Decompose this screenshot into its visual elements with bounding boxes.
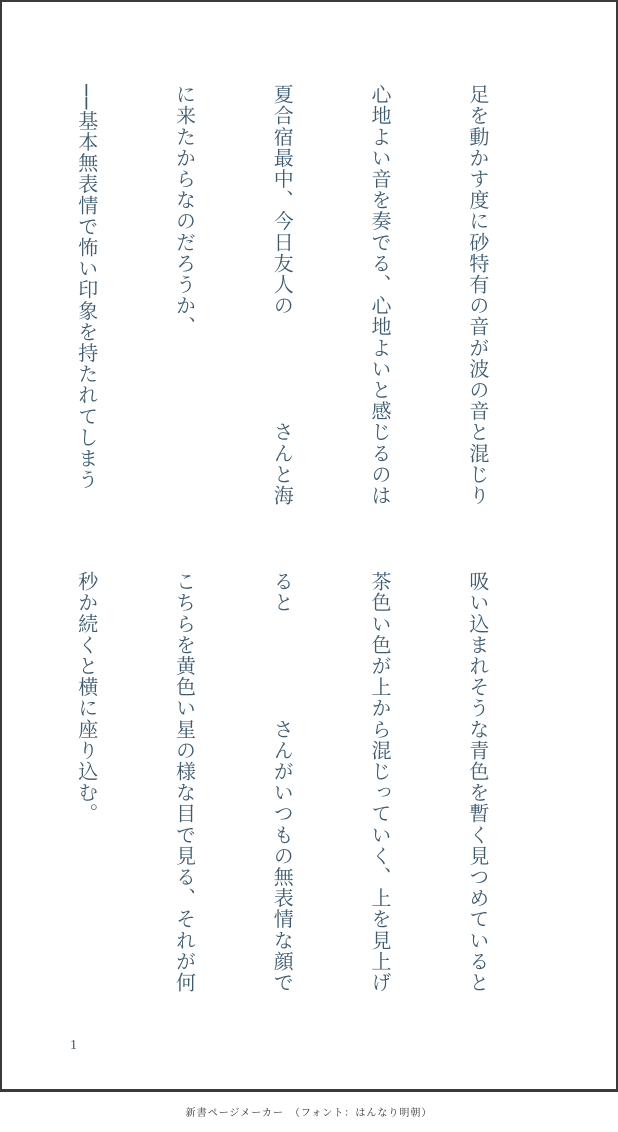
text-line: 「…やるよ」 xyxy=(0,571,5,1011)
page-number: 1 xyxy=(70,1038,77,1054)
footer-caption: 新書ページメーカー （フォント：はんなり明朝） xyxy=(0,1104,618,1119)
novel-page: 足を動かす度に砂特有の音が波の音と混じり 心地よい音を奏でる、心地よいと感じるの… xyxy=(0,0,618,1092)
text-line: ──基本無表情で怖い印象を持たれてしまう xyxy=(70,84,103,524)
upper-text-block: 足を動かす度に砂特有の音が波の音と混じり 心地よい音を奏でる、心地よいと感じるの… xyxy=(0,84,559,524)
lower-text-block: 吸い込まれそうな青色を暫く見つめていると 茶色い色が上から混じっていく、上を見上… xyxy=(0,571,559,1011)
text-line: ると さんがいつもの無表情な顔で xyxy=(266,571,299,1011)
text-line: 彼女、でも彼女の優しさや芯の強さを私は xyxy=(0,84,5,524)
text-line: 茶色い色が上から混じっていく、上を見上げ xyxy=(363,571,396,1011)
text-line: こちらを黄色い星の様な目で見る、それが何 xyxy=(168,571,201,1011)
text-line: 秒か続くと横に座り込む。 xyxy=(70,571,103,1011)
text-line: 心地よい音を奏でる、心地よいと感じるのは xyxy=(363,84,396,524)
text-line: に来たからなのだろうか、 xyxy=(168,84,201,524)
text-line: 夏合宿最中、今日友人の さんと海 xyxy=(266,84,299,524)
text-line: 吸い込まれそうな青色を暫く見つめていると xyxy=(461,571,494,1011)
text-line: 足を動かす度に砂特有の音が波の音と混じり xyxy=(461,84,494,524)
